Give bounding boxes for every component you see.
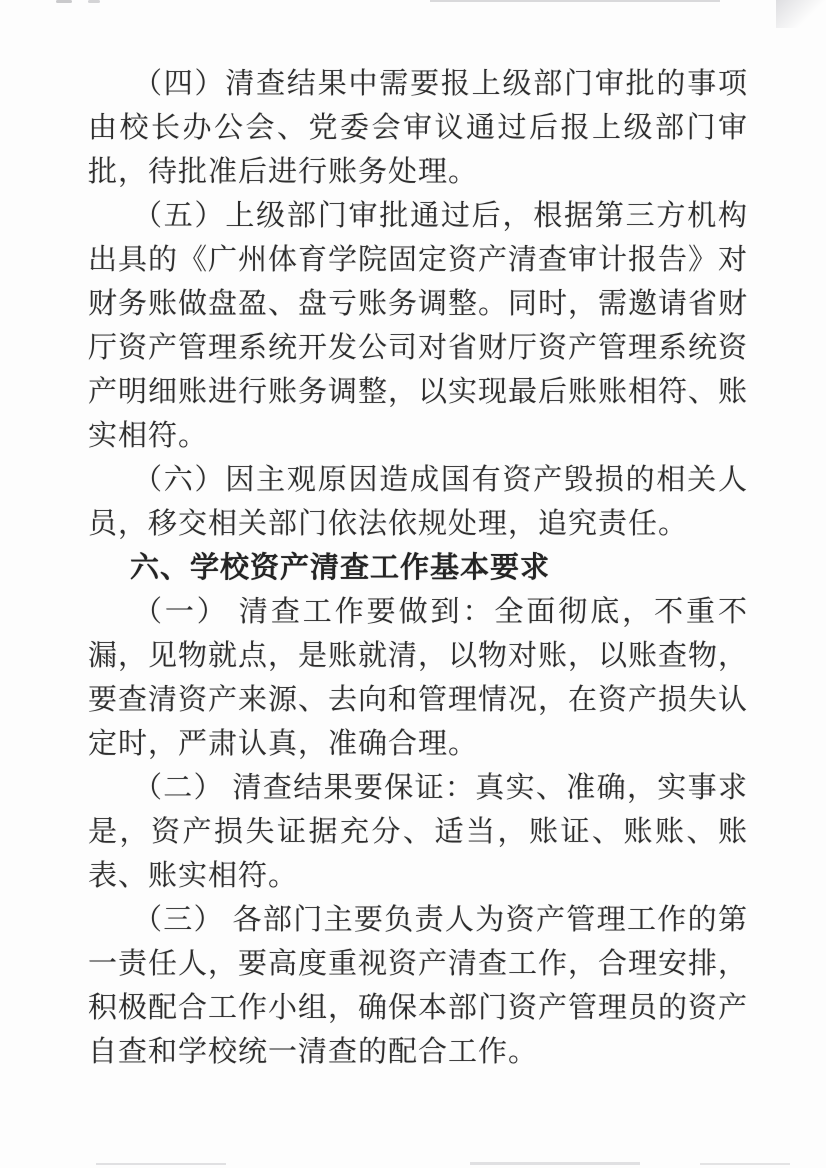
section-heading: 六、学校资产清查工作基本要求 xyxy=(88,546,748,590)
scan-artifact-top-dash xyxy=(56,0,72,3)
paragraph: （六）因主观原因造成国有资产毁损的相关人员，移交相关部门依法依规处理，追究责任。 xyxy=(88,458,748,546)
paragraph: （一） 清查工作要做到：全面彻底，不重不漏，见物就点，是账就清，以物对账，以账查… xyxy=(88,590,748,766)
paragraph: （三） 各部门主要负责人为资产管理工作的第一责任人，要高度重视资产清查工作，合理… xyxy=(88,898,748,1074)
scan-artifact-bottom-dash xyxy=(700,1163,790,1165)
document-body: （四）清查结果中需要报上级部门审批的事项由校长办公会、党委会审议通过后报上级部门… xyxy=(88,62,748,1074)
scan-artifact-corner xyxy=(776,0,826,28)
scan-artifact-top-dash xyxy=(88,0,100,3)
paragraph: （五）上级部门审批通过后，根据第三方机构出具的《广州体育学院固定资产清查审计报告… xyxy=(88,194,748,458)
paragraph: （四）清查结果中需要报上级部门审批的事项由校长办公会、党委会审议通过后报上级部门… xyxy=(88,62,748,194)
scanned-document-page: （四）清查结果中需要报上级部门审批的事项由校长办公会、党委会审议通过后报上级部门… xyxy=(0,0,826,1168)
scan-artifact-bottom-dash xyxy=(96,1163,226,1165)
scan-artifact-bottom-dash xyxy=(470,1162,640,1165)
paragraph: （二） 清查结果要保证：真实、准确，实事求是，资产损失证据充分、适当，账证、账账… xyxy=(88,766,748,898)
scan-artifact-top-line xyxy=(430,0,720,2)
